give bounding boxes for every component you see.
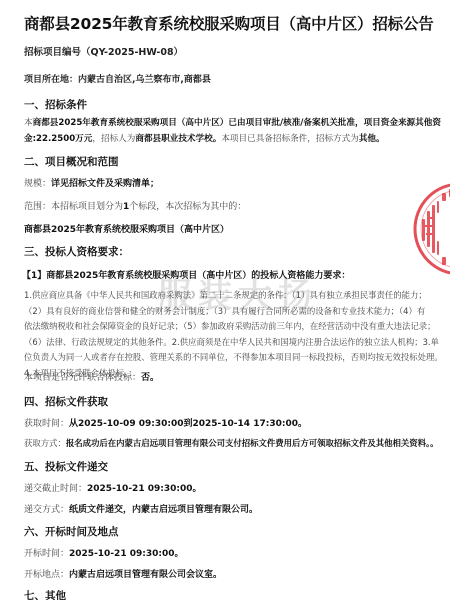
project-number: 招标项目编号（QY-2025-HW-08） xyxy=(24,44,183,58)
requirement-line: （2）具有良好的商业信誉和健全的财务会计制度；（3）具有履行合同所必需的设备和专… xyxy=(24,304,436,320)
opening-place-row: 开标地点：内蒙古启远项目管理有限公司会议室。 xyxy=(24,567,222,580)
lot-requirements-header: 【1】商都县2025年教育系统校服采购项目（高中片区）的投标人资格能力要求： xyxy=(22,268,350,281)
section-heading-1: 一、招标条件 xyxy=(24,97,87,112)
section-1-body: 本商都县2025年教育系统校服采购项目（高中片区）已由项目审批/核准/备案机关批… xyxy=(24,115,436,147)
section-1-line-1: 本商都县2025年教育系统校服采购项目（高中片区）已由项目审批/核准/备案机关批… xyxy=(24,115,436,131)
consortium-row: 本项目是否允许联合体投标：否。 xyxy=(24,370,159,383)
requirement-line: 1.供应商应具备《中华人民共和国政府采购法》第二十二条规定的条件：（1）具有独立… xyxy=(24,288,436,304)
location-value: 内蒙古自治区,乌兰察布市,商都县 xyxy=(78,75,211,85)
section-heading-5: 五、投标文件递交 xyxy=(24,459,108,474)
section-heading-2: 二、项目概况和范围 xyxy=(24,154,119,169)
scale-row: 规模：详见招标文件及采购清单； xyxy=(24,176,159,189)
official-seal-icon xyxy=(412,181,450,277)
location-label: 项目所在地： xyxy=(24,75,78,85)
section-1-line-2: 金:22.2500万元，招标人为商都县职业技术学校。本项目已具备招标条件，招标方… xyxy=(24,131,436,147)
section-heading-3: 三、投标人资格要求： xyxy=(24,244,129,259)
lot-name: 商都县2025年教育系统校服采购项目（高中片区） xyxy=(24,222,229,235)
section-heading-7: 七、其他 xyxy=(24,588,66,600)
section-heading-4: 四、招标文件获取 xyxy=(24,394,108,409)
requirement-line: 位负责人为同一人或者存在控股、管理关系的不同单位，不得参加本项目同一标段投标，否… xyxy=(24,350,436,366)
acquire-method-row: 获取方式：报名成功后在内蒙古启远项目管理有限公司支付招标文件费用后方可领取招标文… xyxy=(24,437,439,449)
page-title: 商都县2025年教育系统校服采购项目（高中片区）招标公告 xyxy=(24,12,434,34)
requirements-list: 1.供应商应具备《中华人民共和国政府采购法》第二十二条规定的条件：（1）具有独立… xyxy=(24,288,436,381)
submit-deadline-row: 递交截止时间：2025-10-21 09:30:00。 xyxy=(24,481,202,494)
section-heading-6: 六、开标时间及地点 xyxy=(24,524,119,539)
project-location: 项目所在地：内蒙古自治区,乌兰察布市,商都县 xyxy=(24,72,211,85)
requirement-line: 依法缴纳税收和社会保障资金的良好记录；（5）参加政府采购活动前三年内，在经营活动… xyxy=(24,319,436,335)
submit-method-row: 递交方式：纸质文件递交，内蒙古启远项目管理有限公司。 xyxy=(24,502,258,515)
acquire-time-row: 获取时间：从2025-10-09 09:30:00到2025-10-14 17:… xyxy=(24,416,307,429)
range-row: 范围：本招标项目划分为1个标段，本次招标为其中的： xyxy=(24,199,246,212)
opening-time-row: 开标时间：2025-10-21 09:30:00。 xyxy=(24,546,184,559)
requirement-line: （6）法律、行政法规规定的其他条件。2.供应商须是在中华人民共和国境内注册合法运… xyxy=(24,335,436,351)
